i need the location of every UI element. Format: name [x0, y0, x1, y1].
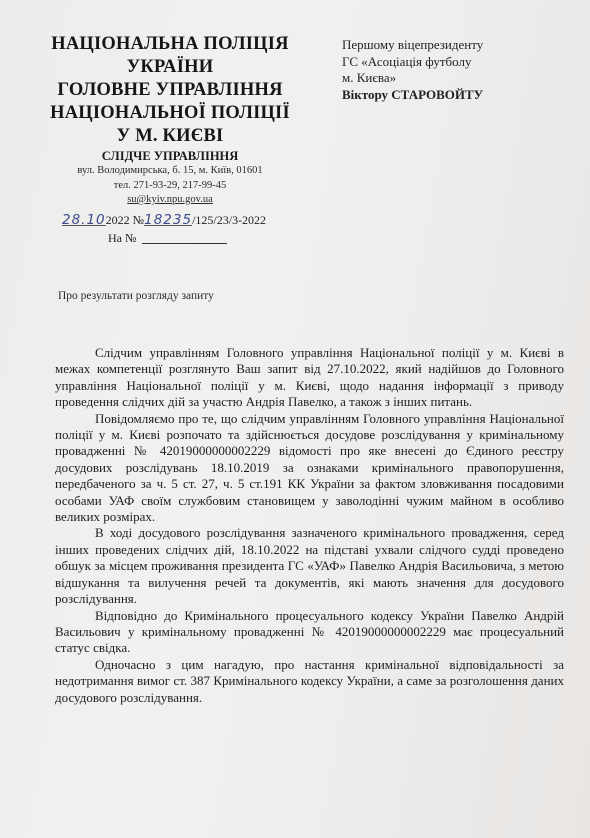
org-phones: тел. 271-93-29, 217-99-45	[45, 179, 295, 194]
addressee-block: Першому віцепрезиденту ГС «Асоціація фут…	[342, 37, 562, 103]
org-name-line: НАЦІОНАЛЬНА ПОЛІЦІЯ	[45, 33, 295, 56]
reply-to-reference: На №	[108, 231, 227, 246]
body-paragraph: Слідчим управлінням Головного управління…	[55, 345, 564, 411]
reply-to-blank-line	[142, 243, 227, 244]
number-suffix: /125/23/3-2022	[192, 213, 266, 227]
handwritten-number: 18235	[144, 212, 192, 228]
outgoing-reference: 28.102022 №18235/125/23/3-2022	[62, 213, 266, 228]
handwritten-date: 28.10	[62, 212, 106, 228]
body-paragraph: Одночасно з цим нагадую, про настання кр…	[55, 657, 564, 706]
body-paragraph: Відповідно до Кримінального процесуально…	[55, 608, 564, 657]
org-name-line: ГОЛОВНЕ УПРАВЛІННЯ	[45, 79, 295, 102]
org-name-line: УКРАЇНИ	[45, 56, 295, 79]
letter-body: Слідчим управлінням Головного управління…	[55, 345, 564, 706]
body-paragraph: В ході досудового розслідування зазначен…	[55, 525, 564, 607]
org-name-line: НАЦІОНАЛЬНОЇ ПОЛІЦІЇ	[45, 102, 295, 125]
addressee-line: Першому віцепрезиденту	[342, 37, 562, 54]
addressee-line: м. Києва»	[342, 70, 562, 87]
document-page: НАЦІОНАЛЬНА ПОЛІЦІЯ УКРАЇНИ ГОЛОВНЕ УПРА…	[0, 0, 590, 838]
org-address: вул. Володимирська, б. 15, м. Київ, 0160…	[45, 164, 295, 179]
number-sign: №	[133, 213, 144, 227]
date-year: 2022	[106, 213, 130, 227]
addressee-line: ГС «Асоціація футболу	[342, 54, 562, 71]
addressee-name: Віктору СТАРОВОЙТУ	[342, 87, 562, 104]
org-email-link[interactable]: su@kyiv.npu.gov.ua	[127, 194, 213, 205]
org-name-line: У М. КИЄВІ	[45, 125, 295, 148]
letterhead: НАЦІОНАЛЬНА ПОЛІЦІЯ УКРАЇНИ ГОЛОВНЕ УПРА…	[45, 33, 295, 208]
department-name: СЛІДЧЕ УПРАВЛІННЯ	[45, 148, 295, 164]
reply-to-label: На №	[108, 231, 136, 245]
body-paragraph: Повідомляємо про те, що слідчим управлін…	[55, 411, 564, 526]
subject-line: Про результати розгляду запиту	[58, 289, 218, 304]
